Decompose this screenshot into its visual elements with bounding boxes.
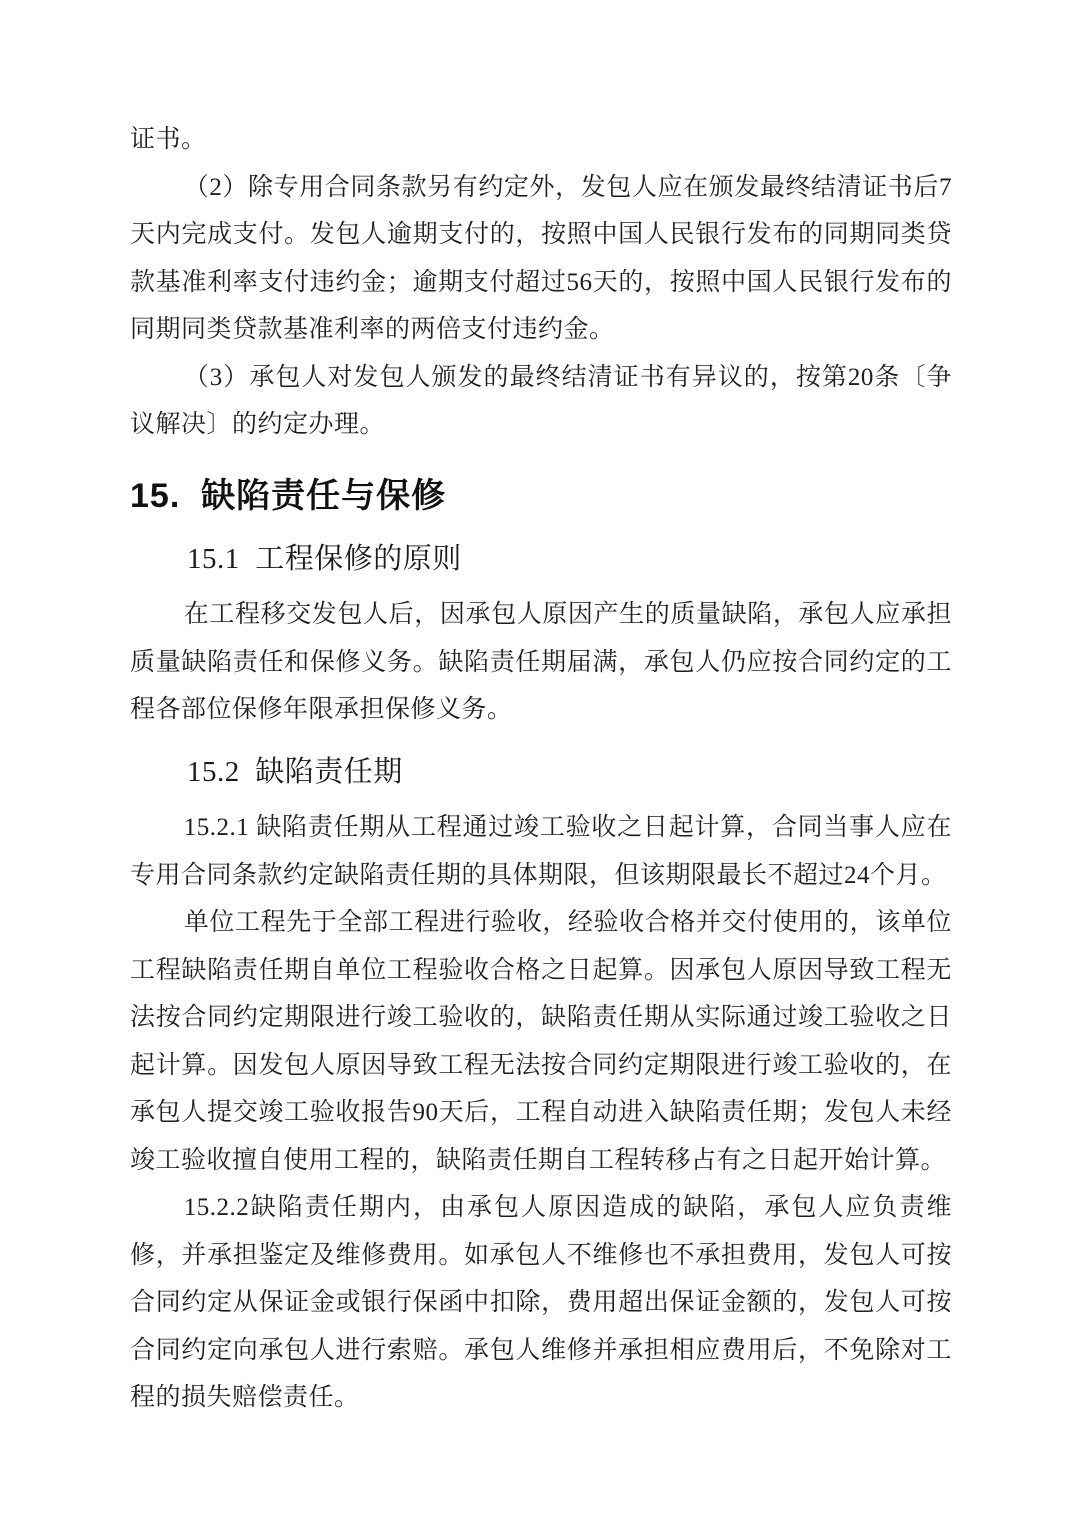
paragraph-numbered-item-3: （3）承包人对发包人颁发的最终结清证书有异议的，按第20条〔争议解决〕的约定办理… bbox=[130, 354, 952, 449]
paragraph-unit-works-acceptance: 单位工程先于全部工程进行验收，经验收合格并交付使用的，该单位工程缺陷责任期自单位… bbox=[130, 899, 952, 1184]
page-content: 证书。 （2）除专用合同条款另有约定外，发包人应在颁发最终结清证书后7天内完成支… bbox=[0, 0, 1074, 1422]
document-page: 证书。 （2）除专用合同条款另有约定外，发包人应在颁发最终结清证书后7天内完成支… bbox=[0, 0, 1074, 1520]
paragraph-continuation: 证书。 bbox=[130, 116, 952, 164]
paragraph-clause-15-2-2: 15.2.2缺陷责任期内，由承包人原因造成的缺陷，承包人应负责维修，并承担鉴定及… bbox=[130, 1184, 952, 1422]
section-heading-15-1: 15.1 工程保修的原则 bbox=[130, 536, 952, 584]
paragraph-numbered-item-2: （2）除专用合同条款另有约定外，发包人应在颁发最终结清证书后7天内完成支付。发包… bbox=[130, 164, 952, 354]
section-heading-15-2: 15.2 缺陷责任期 bbox=[130, 749, 952, 797]
paragraph-clause-15-2-1: 15.2.1 缺陷责任期从工程通过竣工验收之日起计算，合同当事人应在专用合同条款… bbox=[130, 804, 952, 899]
chapter-heading-15: 15. 缺陷责任与保修 bbox=[130, 471, 952, 521]
paragraph-section-15-1: 在工程移交发包人后，因承包人原因产生的质量缺陷，承包人应承担质量缺陷责任和保修义… bbox=[130, 591, 952, 734]
